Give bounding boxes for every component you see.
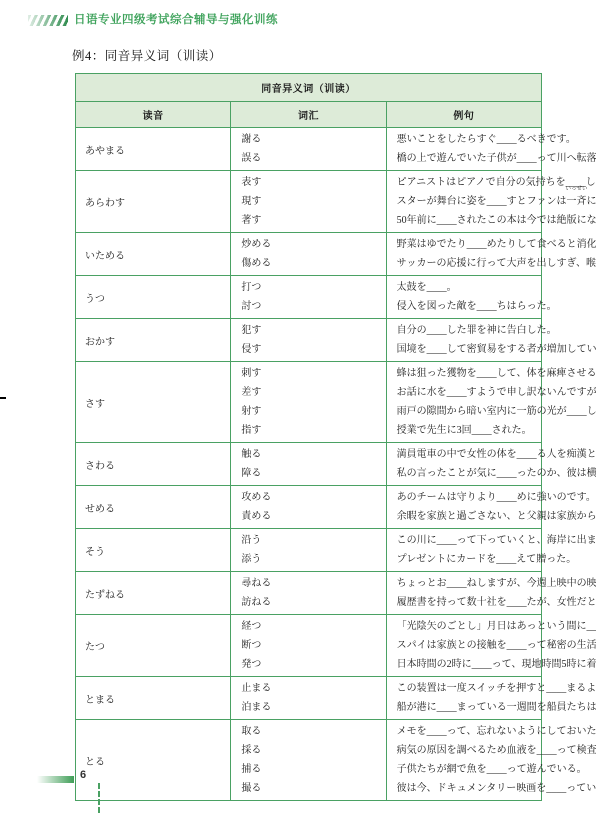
table-title: 同音异义词（训读） (76, 74, 542, 102)
word-item: 攻める (241, 488, 385, 507)
example-item: 自分の____した罪を神に告白した。 (397, 321, 539, 340)
reading-cell: とまる (76, 677, 231, 720)
example-item: 太鼓を____。 (397, 278, 539, 297)
reading-cell: うつ (76, 276, 231, 319)
table-body: 同音异义词（训读） 读音 词汇 例句 あやまる謝る誤る悪いことをしたらすぐ___… (76, 74, 542, 801)
book-page: 日语专业四级考试综合辅导与强化训练 例4：同音异义词（训读） 同音异义词（训读）… (0, 0, 596, 813)
table-row: さわる触る障る満員電車の中で女性の体を____る人を痴漢という。私の言ったことが… (76, 443, 542, 486)
table-row: いためる炒める傷める野菜はゆでたり____めたりして食べると消化吸収されやすい。… (76, 233, 542, 276)
reading-cell: さす (76, 362, 231, 443)
reading-cell: たずねる (76, 572, 231, 615)
example-item: この装置は一度スイッチを押すと____まるようになっています。 (397, 679, 539, 698)
table-row: たずねる尋ねる訪ねるちょっとお____ねしますが、今週上映中の映画は何ですか。履… (76, 572, 542, 615)
table-row: おかす犯す侵す自分の____した罪を神に告白した。国境を____して密貿易をする… (76, 319, 542, 362)
example-item: 蜂は狙った獲物を____して、体を麻痺させる。 (397, 364, 539, 383)
example-item: 橋の上で遊んでいた子供が____って川へ転落してしまった。 (397, 149, 539, 168)
word-item: 添う (241, 550, 385, 569)
word-item: 尋ねる (241, 574, 385, 593)
example-item: この川に____って下っていくと、海岸に出ます。 (397, 531, 539, 550)
word-item: 泊まる (241, 698, 385, 717)
reading-cell: たつ (76, 615, 231, 677)
word-item: 止まる (241, 679, 385, 698)
example-cell: 自分の____した罪を神に告白した。国境を____して密貿易をする者が増加してい… (386, 319, 541, 362)
word-cell: 取る採る捕る撮る (231, 720, 386, 801)
example-item: 満員電車の中で女性の体を____る人を痴漢という。 (397, 445, 539, 464)
example-cell: メモを____って、忘れないようにしておいたのですが。病気の原因を調べるため血液… (386, 720, 541, 801)
word-cell: 刺す差す射す指す (231, 362, 386, 443)
example-item: ピアニストはピアノで自分の気持ちを____します。 (397, 173, 539, 192)
column-header-word: 词汇 (231, 102, 386, 128)
word-item: 触る (241, 445, 385, 464)
word-item: 謝る (241, 130, 385, 149)
word-item: 沿う (241, 531, 385, 550)
word-cell: 経つ断つ発つ (231, 615, 386, 677)
example-item: 余暇を家族と過ごさない、と父親は家族から____められる。 (397, 507, 539, 526)
word-item: 撮る (241, 779, 385, 798)
example-cell: ちょっとお____ねしますが、今週上映中の映画は何ですか。履歴書を持って数十社を… (386, 572, 541, 615)
word-cell: 表す現す著す (231, 171, 386, 233)
word-item: 採る (241, 741, 385, 760)
table-row: そう沿う添うこの川に____って下っていくと、海岸に出ます。プレゼントにカードを… (76, 529, 542, 572)
example-cell: 悪いことをしたらすぐ____るべきです。橋の上で遊んでいた子供が____って川へ… (386, 128, 541, 171)
binding-mark (0, 397, 6, 399)
footer-dashed-line (98, 783, 100, 813)
page-number: 6 (80, 769, 86, 781)
word-item: 打つ (241, 278, 385, 297)
word-cell: 触る障る (231, 443, 386, 486)
word-cell: 犯す侵す (231, 319, 386, 362)
example-item: 授業で先生に3回____された。 (397, 421, 539, 440)
word-item: 刺す (241, 364, 385, 383)
reading-cell: いためる (76, 233, 231, 276)
table-row: とまる止まる泊まるこの装置は一度スイッチを押すと____まるようになっています。… (76, 677, 542, 720)
stripes-icon (28, 15, 68, 26)
example-item: 「光陰矢のごとし」月日はあっという間に____つものだ。 (397, 617, 539, 636)
example-item: 彼は今、ドキュメンタリー映画を____っているそうです。 (397, 779, 539, 798)
homophones-table: 同音异义词（训读） 读音 词汇 例句 あやまる謝る誤る悪いことをしたらすぐ___… (75, 73, 542, 801)
word-item: 責める (241, 507, 385, 526)
word-item: 誤る (241, 149, 385, 168)
example-item: プレゼントにカードを____えて贈った。 (397, 550, 539, 569)
word-item: 断つ (241, 636, 385, 655)
word-item: 発つ (241, 655, 385, 674)
word-cell: 謝る誤る (231, 128, 386, 171)
example-cell: 満員電車の中で女性の体を____る人を痴漢という。私の言ったことが気に____っ… (386, 443, 541, 486)
example-item: 船が港に____まっている一週間を船員たちは陸でのんびり過ごす。 (397, 698, 539, 717)
example-item: あのチームは守りより____めに強いのです。 (397, 488, 539, 507)
example-item: お話に水を____すようで申し訳ないんですが、この案には反対する。 (397, 383, 539, 402)
reading-cell: おかす (76, 319, 231, 362)
example-cell: 野菜はゆでたり____めたりして食べると消化吸収されやすい。サッカーの応援に行っ… (386, 233, 541, 276)
example-item: サッカーの応援に行って大声を出しすぎ、喉を____めて声が出ない。 (397, 254, 539, 273)
example-item: 病気の原因を調べるため血液を____って検査をすることになった。 (397, 741, 539, 760)
example-item: 侵入を図った敵を____ちはらった。 (397, 297, 539, 316)
word-item: 取る (241, 722, 385, 741)
word-item: 侵す (241, 340, 385, 359)
word-cell: 打つ討つ (231, 276, 386, 319)
example-item: ちょっとお____ねしますが、今週上映中の映画は何ですか。 (397, 574, 539, 593)
word-cell: 攻める責める (231, 486, 386, 529)
table-row: さす刺す差す射す指す蜂は狙った獲物を____して、体を麻痺させる。お話に水を__… (76, 362, 542, 443)
word-item: 捕る (241, 760, 385, 779)
example-cell: 太鼓を____。侵入を図った敵を____ちはらった。 (386, 276, 541, 319)
running-head: 日语专业四级考试综合辅导与强化训练 (28, 11, 278, 27)
example-item: 日本時間の2時に____って、現地時間5時に着く飛行機に乗るのだ。 (397, 655, 539, 674)
reading-cell: あらわす (76, 171, 231, 233)
word-item: 表す (241, 173, 385, 192)
word-item: 訪ねる (241, 593, 385, 612)
example-cell: あのチームは守りより____めに強いのです。余暇を家族と過ごさない、と父親は家族… (386, 486, 541, 529)
word-item: 障る (241, 464, 385, 483)
word-cell: 炒める傷める (231, 233, 386, 276)
column-header-example: 例句 (386, 102, 541, 128)
word-item: 射す (241, 402, 385, 421)
running-head-title: 日语专业四级考试综合辅导与强化训练 (74, 11, 278, 27)
column-header-row: 读音 词汇 例句 (76, 102, 542, 128)
example-item: 子供たちが網で魚を____って遊んでいる。 (397, 760, 539, 779)
word-item: 炒める (241, 235, 385, 254)
example-item: 履歴書を持って数十社を____たが、女性だというだけで断られた。 (397, 593, 539, 612)
word-cell: 尋ねる訪ねる (231, 572, 386, 615)
example-cell: ピアニストはピアノで自分の気持ちを____します。スターが舞台に姿を____すと… (386, 171, 541, 233)
example-item: 私の言ったことが気に____ったのか、彼は横を向いてしまった。 (397, 464, 539, 483)
example-cell: 「光陰矢のごとし」月日はあっという間に____つものだ。スパイは家族との接触を_… (386, 615, 541, 677)
word-item: 指す (241, 421, 385, 440)
example-item: 悪いことをしたらすぐ____るべきです。 (397, 130, 539, 149)
table-row: たつ経つ断つ発つ「光陰矢のごとし」月日はあっという間に____つものだ。スパイは… (76, 615, 542, 677)
word-item: 討つ (241, 297, 385, 316)
table-row: あらわす表す現す著すピアニストはピアノで自分の気持ちを____します。スターが舞… (76, 171, 542, 233)
word-cell: 止まる泊まる (231, 677, 386, 720)
table-row: とる取る採る捕る撮るメモを____って、忘れないようにしておいたのですが。病気の… (76, 720, 542, 801)
example-item: スターが舞台に姿を____すとファンは一斉いっせいに歓声を挙げた。 (397, 192, 539, 211)
word-item: 差す (241, 383, 385, 402)
example-item: 雨戸の隙間から暗い室内に一筋の光が____し込んでいる。 (397, 402, 539, 421)
table-row: せめる攻める責めるあのチームは守りより____めに強いのです。余暇を家族と過ごさ… (76, 486, 542, 529)
table-row: うつ打つ討つ太鼓を____。侵入を図った敵を____ちはらった。 (76, 276, 542, 319)
example-item: スパイは家族との接触を____って秘密の生活を続ける。 (397, 636, 539, 655)
reading-cell: せめる (76, 486, 231, 529)
word-item: 現す (241, 192, 385, 211)
example-item: 野菜はゆでたり____めたりして食べると消化吸収されやすい。 (397, 235, 539, 254)
table-title-row: 同音异义词（训读） (76, 74, 542, 102)
example-item: メモを____って、忘れないようにしておいたのですが。 (397, 722, 539, 741)
table-row: あやまる謝る誤る悪いことをしたらすぐ____るべきです。橋の上で遊んでいた子供が… (76, 128, 542, 171)
reading-cell: あやまる (76, 128, 231, 171)
example-item: 国境を____して密貿易をする者が増加している。 (397, 340, 539, 359)
word-cell: 沿う添う (231, 529, 386, 572)
ruby-annotation: 一斉いっせい (566, 192, 586, 211)
footer-gradient-bar (37, 776, 74, 783)
word-item: 犯す (241, 321, 385, 340)
word-item: 著す (241, 211, 385, 230)
example-cell: 蜂は狙った獲物を____して、体を麻痺させる。お話に水を____すようで申し訳な… (386, 362, 541, 443)
column-header-reading: 读音 (76, 102, 231, 128)
example-item: 50年前に____されたこの本は今では絶版になっている。 (397, 211, 539, 230)
example-cell: この装置は一度スイッチを押すと____まるようになっています。船が港に____ま… (386, 677, 541, 720)
furigana-text: いっせい (565, 187, 587, 193)
reading-cell: さわる (76, 443, 231, 486)
example-cell: この川に____って下っていくと、海岸に出ます。プレゼントにカードを____えて… (386, 529, 541, 572)
reading-cell: そう (76, 529, 231, 572)
word-item: 傷める (241, 254, 385, 273)
section-title: 例4：同音异义词（训读） (72, 46, 222, 64)
word-item: 経つ (241, 617, 385, 636)
